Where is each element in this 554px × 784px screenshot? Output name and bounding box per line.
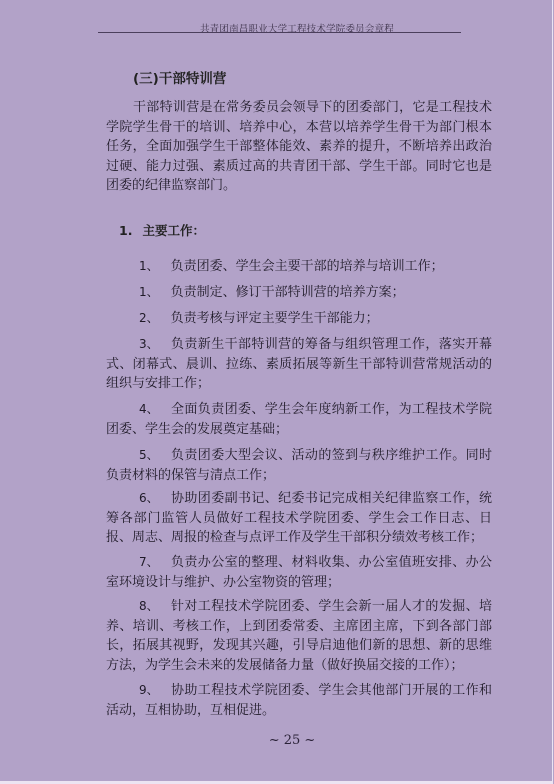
main-work-heading: 1.主要工作：: [119, 221, 205, 239]
item-text: 负责团委、学生会主要干部的培养与培训工作；: [171, 259, 444, 274]
list-item: 6、协助团委副书记、纪委书记完成相关纪律监察工作，统筹各部门监管人员做好工程技术…: [106, 489, 492, 548]
list-item: 4、全面负责团委、学生会年度纳新工作，为工程技术学院团委、学生会的发展奠定基础；: [106, 400, 492, 439]
list-item: 3、负责新生干部特训营的筹备与组织管理工作，落实开幕式、闭幕式、晨训、拉练、素质…: [106, 335, 492, 394]
item-text: 针对工程技术学院团委、学生会新一届人才的发掘、培养、培训、考核工作，上到团委常委…: [106, 599, 492, 673]
list-item: 9、协助工程技术学院团委、学生会其他部门开展的工作和活动，互相协助，互相促进。: [106, 681, 492, 720]
item-number: 4、: [139, 400, 159, 420]
item-text: 负责团委大型会议、活动的签到与秩序维护工作。同时负责材料的保管与清点工作；: [106, 448, 492, 483]
item-number: 8、: [139, 597, 159, 617]
list-item: 7、负责办公室的整理、材料收集、办公室值班安排、办公室环境设计与维护、办公室物资…: [106, 553, 492, 592]
list-item: 1、负责制定、修订干部特训营的培养方案；: [106, 283, 492, 303]
document-page: 共青团南昌职业大学工程技术学院委员会章程 (三)干部特训营 干部特训营是在常务委…: [0, 0, 553, 784]
item-number: 7、: [139, 553, 159, 573]
heading-number: 1.: [119, 223, 132, 238]
item-number: 6、: [139, 489, 159, 509]
item-text: 全面负责团委、学生会年度纳新工作，为工程技术学院团委、学生会的发展奠定基础；: [106, 402, 492, 437]
heading-text: 主要工作：: [142, 223, 205, 238]
item-text: 负责考核与评定主要学生干部能力；: [171, 311, 379, 326]
list-item: 5、负责团委大型会议、活动的签到与秩序维护工作。同时负责材料的保管与清点工作；: [106, 446, 492, 485]
item-number: 2、: [139, 309, 159, 329]
list-item: 2、负责考核与评定主要学生干部能力；: [106, 309, 492, 329]
section-title: (三)干部特训营: [133, 67, 226, 87]
item-text: 协助工程技术学院团委、学生会其他部门开展的工作和活动，互相协助，互相促进。: [106, 683, 492, 718]
item-number: 5、: [139, 446, 159, 466]
header-divider: [98, 32, 461, 33]
intro-paragraph: 干部特训营是在常务委员会领导下的团委部门，它是工程技术学院学生骨干的培训、培养中…: [106, 98, 492, 196]
list-item: 1、负责团委、学生会主要干部的培养与培训工作；: [106, 257, 492, 277]
item-number: 9、: [139, 681, 159, 701]
item-text: 负责新生干部特训营的筹备与组织管理工作，落实开幕式、闭幕式、晨训、拉练、素质拓展…: [106, 337, 492, 391]
page-number: ~ 25 ~: [0, 733, 554, 748]
item-number: 1、: [139, 283, 159, 303]
item-text: 协助团委副书记、纪委书记完成相关纪律监察工作，统筹各部门监管人员做好工程技术学院…: [106, 491, 492, 545]
item-number: 3、: [139, 335, 159, 355]
item-text: 负责办公室的整理、材料收集、办公室值班安排、办公室环境设计与维护、办公室物资的管…: [106, 555, 492, 590]
list-item: 8、针对工程技术学院团委、学生会新一届人才的发掘、培养、培训、考核工作，上到团委…: [106, 597, 492, 675]
item-text: 负责制定、修订干部特训营的培养方案；: [171, 285, 405, 300]
item-number: 1、: [139, 257, 159, 277]
